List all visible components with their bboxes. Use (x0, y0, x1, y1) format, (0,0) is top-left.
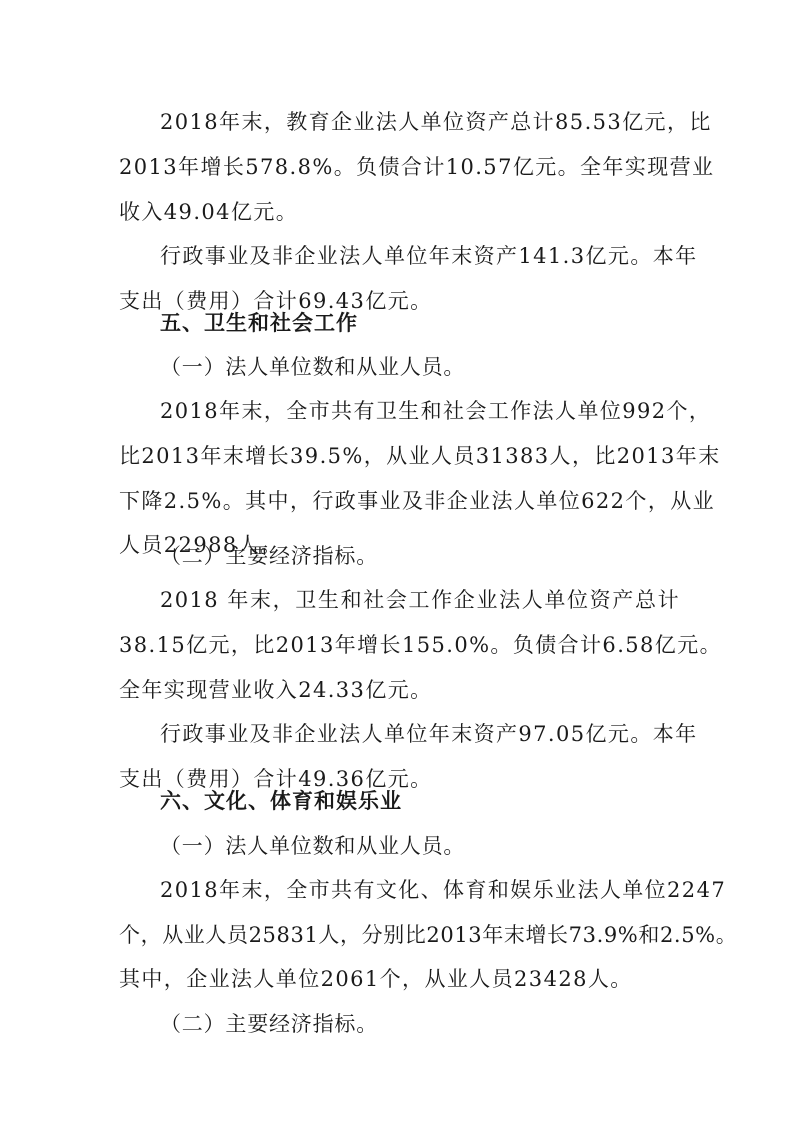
paragraph-line: 2013年增长578.8%。负债合计10.57亿元。全年实现营业 (119, 155, 679, 179)
section-heading: 六、文化、体育和娱乐业 (160, 789, 680, 813)
paragraph-line: 收入49.04亿元。 (119, 200, 679, 224)
subsection-heading: （一）法人单位数和从业人员。 (160, 355, 720, 379)
paragraph-line: 行政事业及非企业法人单位年末资产141.3亿元。本年 (160, 244, 680, 268)
paragraph-line: 支出（费用）合计69.43亿元。 (119, 289, 679, 313)
paragraph-line: 2018年末，全市共有文化、体育和娱乐业法人单位2247 (160, 878, 680, 902)
paragraph-line: 2018年末，教育企业法人单位资产总计85.53亿元，比 (160, 110, 680, 134)
paragraph-line: 2018 年末，卫生和社会工作企业法人单位资产总计 (160, 588, 680, 612)
paragraph-line: 下降2.5%。其中，行政事业及非企业法人单位622个，从业 (119, 489, 679, 513)
paragraph-line: 行政事业及非企业法人单位年末资产97.05亿元。本年 (160, 722, 680, 746)
subsection-heading: （一）法人单位数和从业人员。 (160, 834, 720, 858)
subsection-heading: （二）主要经济指标。 (160, 544, 720, 568)
paragraph-line: 其中，企业法人单位2061个，从业人员23428人。 (119, 967, 679, 991)
paragraph-line: 2018年末，全市共有卫生和社会工作法人单位992个， (160, 399, 680, 423)
paragraph-line: 个，从业人员25831人，分别比2013年末增长73.9%和2.5%。 (119, 923, 679, 947)
paragraph-line: 全年实现营业收入24.33亿元。 (119, 678, 679, 702)
document-page: 2018年末，教育企业法人单位资产总计85.53亿元，比 2013年增长578.… (0, 0, 793, 1122)
section-heading: 五、卫生和社会工作 (160, 311, 680, 335)
subsection-heading: （二）主要经济指标。 (160, 1012, 720, 1036)
paragraph-line: 比2013年末增长39.5%，从业人员31383人，比2013年末 (119, 444, 679, 468)
paragraph-line: 38.15亿元，比2013年增长155.0%。负债合计6.58亿元。 (119, 633, 679, 657)
paragraph-line: 支出（费用）合计49.36亿元。 (119, 767, 679, 791)
